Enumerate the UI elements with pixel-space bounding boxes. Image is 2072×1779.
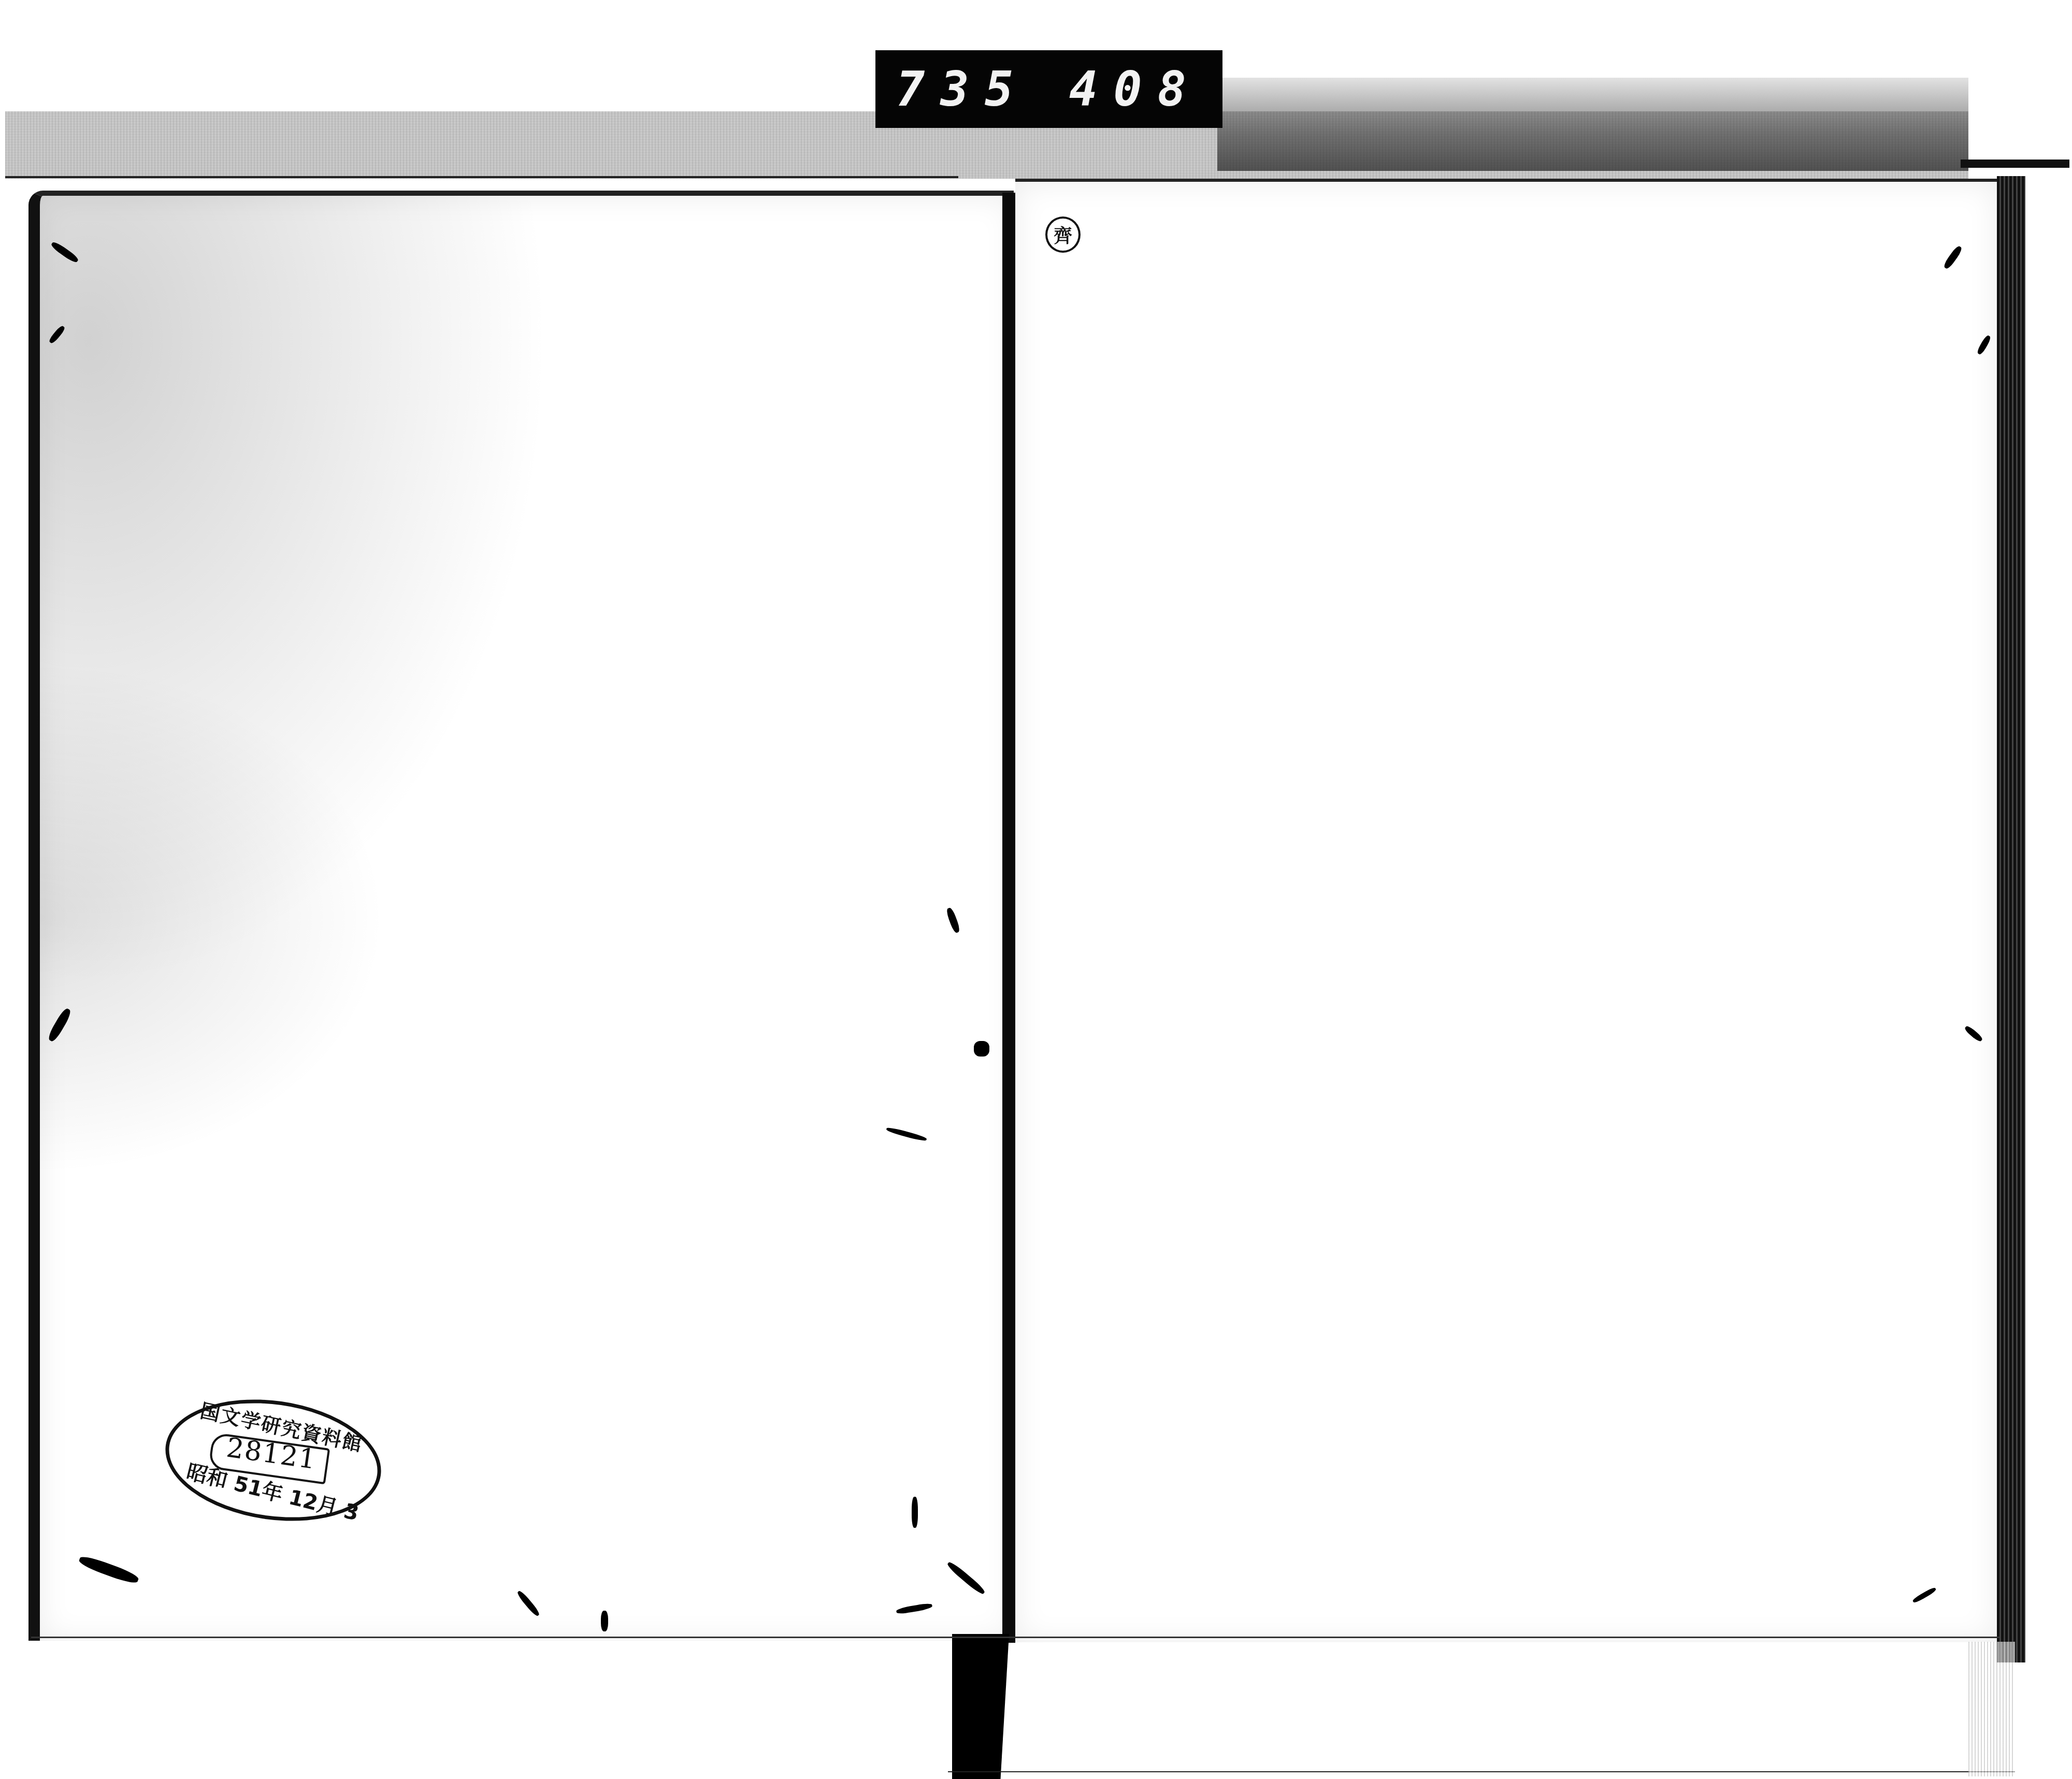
wormhole-mark (601, 1611, 608, 1631)
wormhole-mark (912, 1497, 918, 1528)
book-bottom-edge (31, 1637, 1999, 1638)
page-stack-under (1968, 1642, 2015, 1776)
scanned-book-spread: 735 408 国文学研究資料館 28121 昭和 51年 12月 3 齊 (0, 0, 2072, 1779)
call-number-label: 735 408 (875, 50, 1222, 128)
right-edge-tab (1961, 160, 2069, 168)
spine-bottom-shadow (952, 1634, 1009, 1779)
scanner-top-shadow (1217, 78, 1968, 171)
page-stack-edge (1997, 176, 2025, 1662)
call-number-left: 735 (896, 62, 1029, 117)
book-spine (1002, 193, 1015, 1643)
ownership-seal: 齊 (1045, 216, 1081, 253)
right-page (1015, 179, 1999, 1642)
wormhole-mark (974, 1041, 989, 1057)
scanner-bottom-edge (948, 1771, 2015, 1772)
call-number-right: 408 (1069, 62, 1202, 117)
left-page (28, 191, 1014, 1641)
book-top-edge (5, 176, 958, 178)
